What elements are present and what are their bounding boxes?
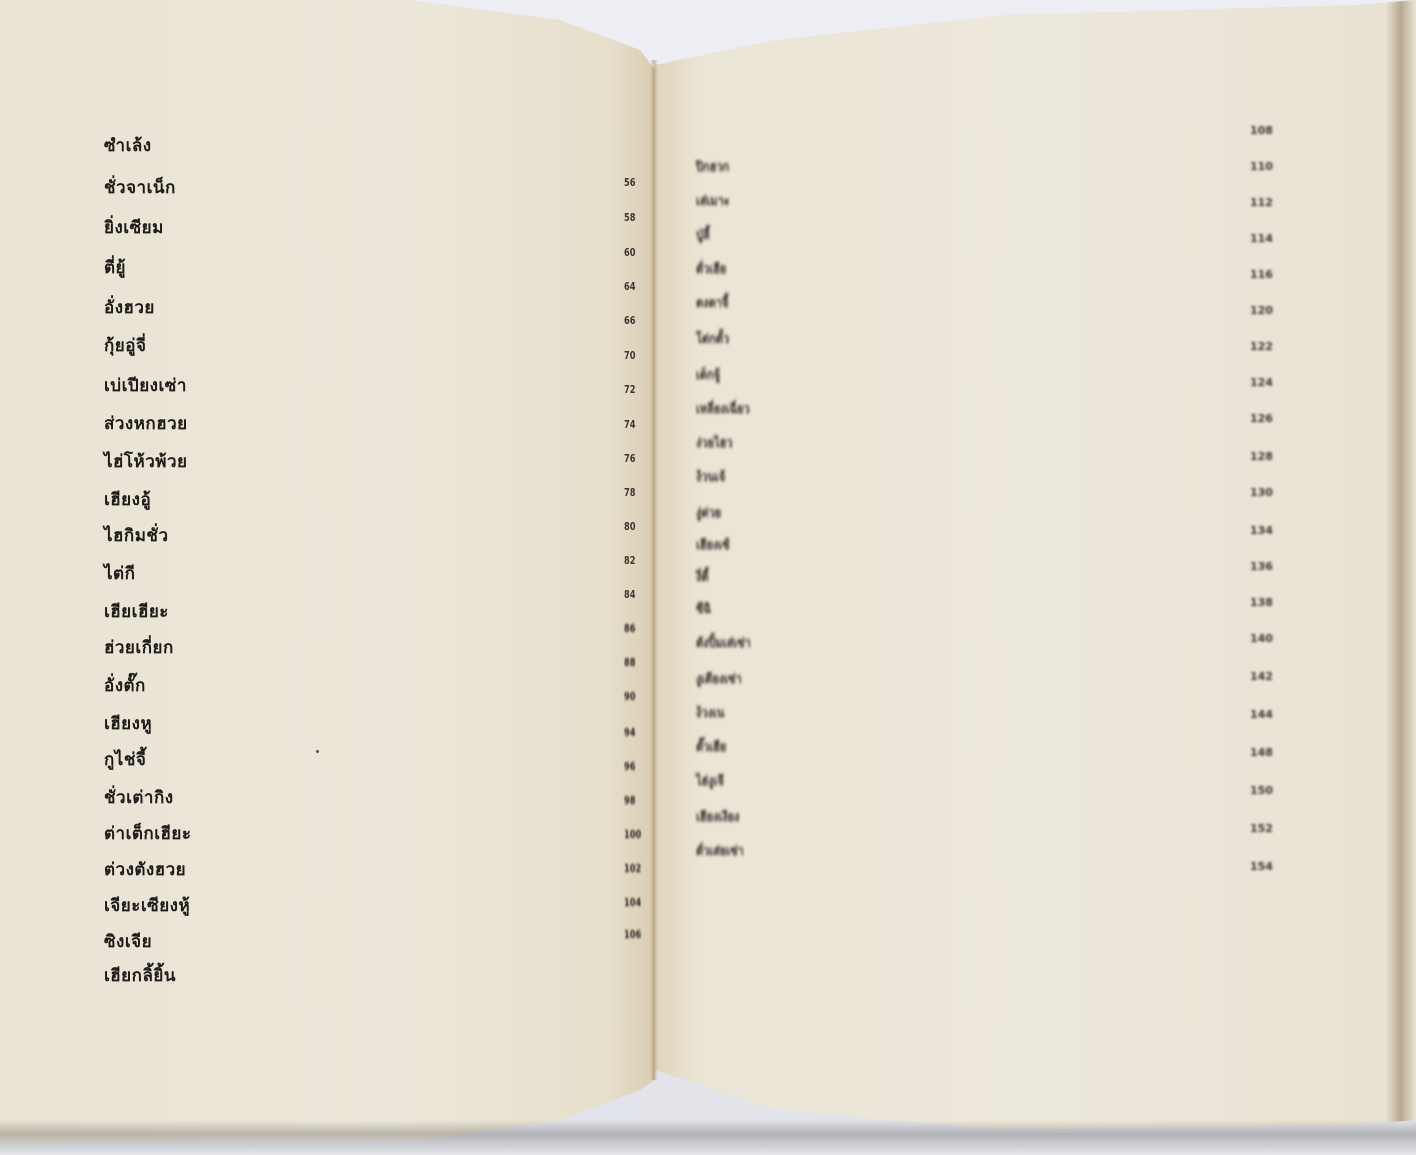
toc-entry-title: เฮียงเงียง <box>696 806 739 827</box>
toc-entry-title: ตังปิ้มเส่เซ่า <box>696 632 751 653</box>
toc-entry-page: 124 <box>1250 376 1273 389</box>
toc-entry-title: ชั่วเต่ากิง <box>104 784 174 811</box>
toc-entry-page: 100 <box>624 828 641 841</box>
toc-entry-title: เจียะเซียงหู้ <box>104 892 190 919</box>
toc-entry-page: 80 <box>624 520 635 533</box>
toc-entry-page: 70 <box>624 349 635 362</box>
toc-entry-page: 108 <box>1250 124 1273 137</box>
toc-entry-title: อั่งตั๊ก <box>104 672 146 699</box>
toc-entry-page: 136 <box>1250 560 1273 573</box>
toc-entry-title: ต่วงตังฮวย <box>104 856 186 883</box>
toc-entry-page: 66 <box>624 314 635 327</box>
toc-entry-page: 64 <box>624 280 635 293</box>
toc-entry-page: 142 <box>1250 670 1273 683</box>
toc-entry-page: 60 <box>624 246 635 259</box>
toc-entry-page: 116 <box>1250 268 1273 281</box>
toc-entry-page: 90 <box>624 690 635 703</box>
toc-entry-page: 86 <box>624 622 635 635</box>
toc-entry-title: ปู่ลี้ <box>696 224 710 245</box>
toc-entry-page: 144 <box>1250 708 1273 721</box>
toc-entry-page: 120 <box>1250 304 1273 317</box>
toc-entry-title: เฮียเฮียะ <box>104 598 169 625</box>
toc-entry-title: เฮียงเซ้ <box>696 534 730 555</box>
toc-entry-title: ส่วงหกฮวย <box>104 410 188 437</box>
toc-entry-title: เฮียกลิ้ยิ้น <box>104 962 176 989</box>
toc-entry-title: งูเตียงเซ่า <box>696 668 742 689</box>
toc-entry-title: งู่ต่วย <box>696 502 721 523</box>
toc-entry-title: โต่กตั้ว <box>696 328 729 349</box>
toc-entry-title: เหลี่ยงเฉี่ยว <box>696 398 750 419</box>
toc-entry-page: 88 <box>624 656 635 669</box>
toc-entry-page: 152 <box>1250 822 1273 835</box>
toc-entry-title: ตั่วเส่ยเซ่า <box>696 840 744 861</box>
toc-entry-page: 104 <box>624 896 641 909</box>
toc-entry-page: 134 <box>1250 524 1273 537</box>
toc-entry-page: 114 <box>1250 232 1273 245</box>
toc-entry-title: ซิงเจีย <box>104 928 152 955</box>
toc-entry-title: ซีฉิ <box>696 598 711 619</box>
paper-speck <box>316 750 319 753</box>
toc-entry-page: 148 <box>1250 746 1273 759</box>
toc-entry-title: กูไช่จี้ <box>104 746 146 773</box>
toc-entry-page: 76 <box>624 452 635 465</box>
toc-entry-title: ไฮ่โห้วพ้วย <box>104 448 188 475</box>
toc-entry-page: 150 <box>1250 784 1273 797</box>
toc-entry-page: 84 <box>624 588 635 601</box>
toc-entry-title: กุ้ยอู่จี่ <box>104 332 146 359</box>
toc-entry-page: 126 <box>1250 412 1273 425</box>
toc-entry-title: ตั่วเฮีย <box>696 258 726 279</box>
toc-entry-page: 112 <box>1250 196 1273 209</box>
toc-entry-title: อั่งฮวย <box>104 294 155 321</box>
toc-entry-page: 94 <box>624 726 635 739</box>
toc-entry-title: ซำเล้ง <box>104 132 152 159</box>
toc-entry-title: เฮียงหู <box>104 710 152 737</box>
toc-entry-title: เส่เมาะ <box>696 190 730 211</box>
toc-entry-title: เต็กจู้ <box>696 364 720 385</box>
toc-entry-title: เฮียงอู้ <box>104 486 151 513</box>
toc-entry-title: ปิกฮวก <box>696 156 729 177</box>
toc-entry-page: 130 <box>1250 486 1273 499</box>
toc-entry-title: ไต่กี <box>104 560 135 587</box>
toc-entry-title: ตี่ยู้ <box>104 254 126 281</box>
toc-entry-page: 140 <box>1250 632 1273 645</box>
toc-entry-title: ต่าเต็กเฮียะ <box>104 820 192 847</box>
right-page <box>655 0 1416 1155</box>
book-spread: ซำเล้ง ชั่วจาเน็ก 56 ยิ่งเซียม 58 ตี่ยู้… <box>0 0 1416 1155</box>
toc-entry-page: 72 <box>624 383 635 396</box>
toc-entry-page: 56 <box>624 176 635 189</box>
toc-entry-page: 82 <box>624 554 635 567</box>
toc-entry-title: ง้วนเจ้ <box>696 466 725 487</box>
toc-entry-title: ง้วงเน <box>696 702 724 723</box>
toc-entry-page: 122 <box>1250 340 1273 353</box>
toc-entry-title: งี่ตี้ <box>696 566 709 587</box>
toc-entry-page: 154 <box>1250 860 1273 873</box>
toc-entry-title: ไฮ่งูเจี <box>696 770 724 791</box>
toc-entry-page: 58 <box>624 211 635 224</box>
book-gutter <box>650 60 658 1080</box>
toc-entry-title: ชั่วจาเน็ก <box>104 174 176 201</box>
toc-entry-title: ไฮกิมชั่ว <box>104 522 169 549</box>
toc-entry-page: 96 <box>624 760 635 773</box>
toc-entry-page: 138 <box>1250 596 1273 609</box>
toc-entry-page: 110 <box>1250 160 1273 173</box>
toc-entry-page: 98 <box>624 794 635 807</box>
toc-entry-page: 102 <box>624 862 641 875</box>
toc-entry-title: ตงตาจี้ <box>696 292 728 313</box>
toc-entry-title: ฮ่วยเกี่ยก <box>104 634 174 661</box>
toc-entry-page: 74 <box>624 418 635 431</box>
toc-entry-page: 78 <box>624 486 635 499</box>
toc-entry-page: 128 <box>1250 450 1273 463</box>
left-page <box>0 0 655 1145</box>
toc-entry-title: เบ่เปียงเซ่า <box>104 372 187 399</box>
toc-entry-title: ตั๊วเฮีย <box>696 736 726 757</box>
toc-entry-page: 106 <box>624 928 641 941</box>
toc-entry-title: ง่วยไฮว <box>696 432 733 453</box>
toc-entry-title: ยิ่งเซียม <box>104 214 164 241</box>
